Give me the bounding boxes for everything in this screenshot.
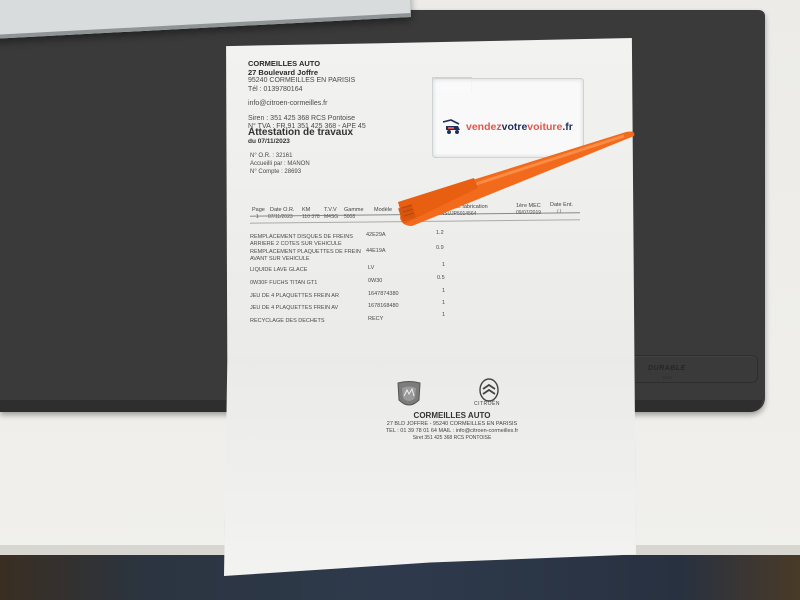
mat-brand-text: DURABLE — [648, 365, 686, 372]
td-gamme: 5008 — [344, 214, 355, 220]
item-code: 42E29A — [366, 232, 386, 238]
item-label: 0W30F FUCHS TITAN GT1 — [250, 280, 317, 287]
td-tvv: M4SG — [324, 214, 338, 220]
th-date-or: Date O.R. — [270, 207, 294, 213]
order-number: N° O.R. : 32161 — [250, 152, 310, 160]
orange-pen — [398, 130, 648, 230]
company-siren: Siren : 351 425 368 RCS Pontoise — [248, 115, 366, 124]
company-header: CORMEILLES AUTO 27 Boulevard Joffre 9524… — [248, 60, 366, 132]
company-phone: Tél : 0139780164 — [248, 86, 366, 95]
order-meta: N° O.R. : 32161 Accueilli par : MANON N°… — [250, 152, 310, 176]
item-label: JEU DE 4 PLAQUETTES FREIN AR — [250, 293, 339, 300]
mat-brand-subtext: TRAY — [662, 375, 672, 380]
company-address1: 27 Boulevard Joffre — [248, 69, 366, 78]
company-address2: 95240 CORMEILLES EN PARISIS — [248, 77, 366, 86]
item-code: 0W30 — [368, 278, 382, 284]
document-footer: CORMEILLES AUTO 27 BLD JOFFRE - 95240 CO… — [364, 411, 540, 442]
item-label: REMPLACEMENT DISQUES DE FREINS ARRIERE 2… — [250, 234, 370, 247]
td-km: 110 378 — [302, 214, 320, 220]
footer-address: 27 BLD JOFFRE - 95240 CORMEILLES EN PARI… — [364, 421, 540, 428]
item-label: JEU DE 4 PLAQUETTES FREIN AV — [250, 305, 338, 312]
th-modele: Modèle — [374, 207, 392, 213]
peugeot-logo-icon — [396, 380, 422, 410]
th-tvv: T.V.V — [324, 207, 337, 213]
item-qty: 1 — [442, 262, 445, 268]
item-code: LV — [368, 265, 374, 271]
citroen-logo-icon — [477, 378, 501, 402]
document-date: du 07/11/2023 — [248, 138, 290, 145]
th-page: Page — [252, 207, 265, 213]
item-label: LIQUIDE LAVE GLACE — [250, 267, 307, 274]
item-code: RECY — [368, 316, 383, 322]
item-label: RECYCLAGE DES DECHETS — [250, 318, 325, 325]
footer-company-name: CORMEILLES AUTO — [364, 411, 540, 421]
document-title: Attestation de travaux — [248, 127, 353, 138]
td-page: 1 — [256, 214, 259, 220]
footer-siret: Siret 351 425 368 RCS PONTOISE — [364, 435, 540, 442]
item-qty: 0.9 — [436, 245, 444, 251]
th-km: KM — [302, 207, 310, 213]
item-qty: 0.5 — [437, 275, 445, 281]
item-qty: 1.2 — [436, 230, 444, 236]
item-qty: 1 — [442, 288, 445, 294]
item-code: 44E19A — [366, 248, 386, 254]
company-email: info@citroen-cormeilles.fr — [248, 100, 366, 109]
th-gamme: Gamme — [344, 207, 364, 213]
item-label: REMPLACEMENT PLAQUETTES DE FREIN AVANT S… — [250, 249, 370, 262]
td-date-or: 07/11/2023 — [268, 214, 293, 220]
item-code: 1647874380 — [368, 291, 399, 297]
order-agent: Accueilli par : MANON — [250, 160, 310, 168]
footer-contact: TEL : 01 39 78 01 64 MAIL : info@citroen… — [364, 428, 540, 435]
order-account: N° Compte : 28693 — [250, 168, 310, 176]
item-code: 1678168480 — [368, 303, 399, 309]
item-qty: 1 — [442, 312, 445, 318]
citroen-wordmark: CITROËN — [474, 401, 500, 407]
item-qty: 1 — [442, 300, 445, 306]
